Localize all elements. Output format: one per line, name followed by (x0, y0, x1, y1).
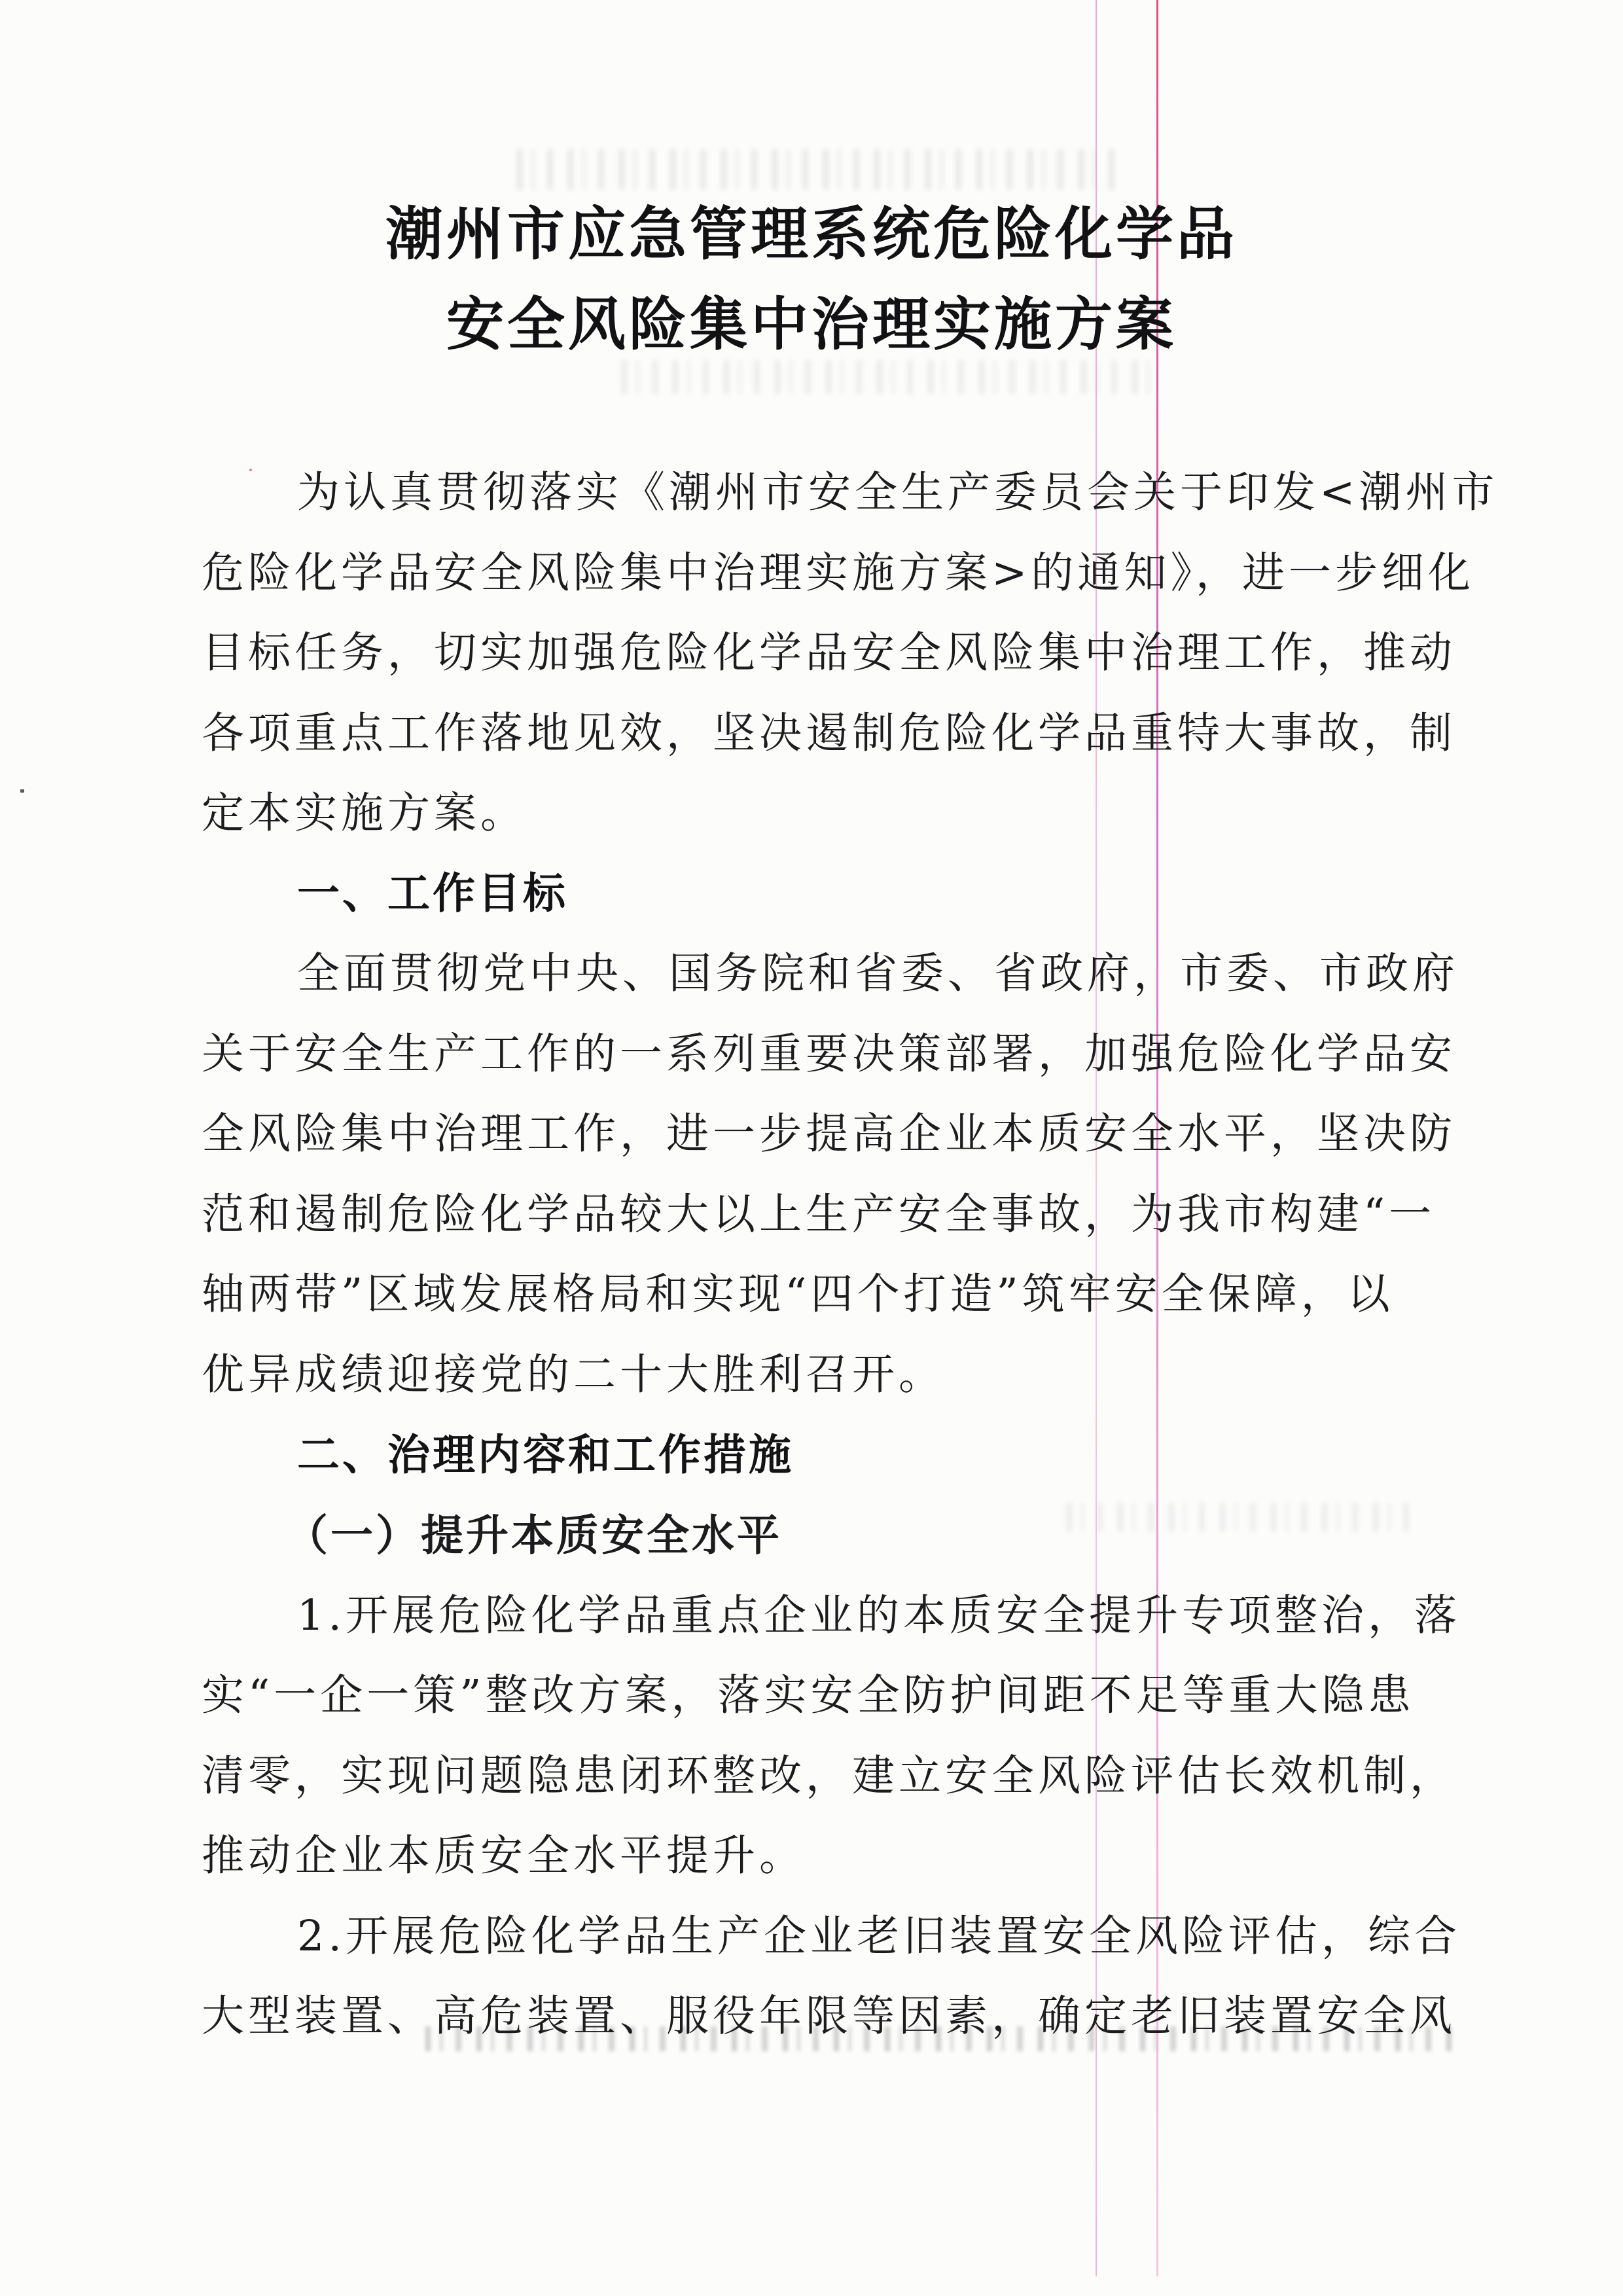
body-line-7: 关于安全生产工作的一系列重要决策部署，加强危险化学品安 (202, 1014, 1425, 1095)
document-title-line-2: 安全风险集中治理实施方案 (0, 295, 1623, 355)
body-line-12: 1.开展危险化学品重点企业的本质安全提升专项整治，落 (202, 1576, 1425, 1657)
ink-speck-left-margin (20, 789, 24, 793)
body-line-13: 实“一企一策”整改方案，落实安全防护间距不足等重大隐患 (202, 1656, 1425, 1736)
body-line-10: 轴两带”区域发展格局和实现“四个打造”筑牢安全保障，以 (202, 1255, 1425, 1335)
section-heading-1-work-goals: 一、工作目标 (202, 854, 1425, 935)
body-line-14: 清零，实现问题隐患闭环整改，建立安全风险评估长效机制， (202, 1736, 1425, 1817)
ghost-showthrough-band-top (517, 149, 1119, 190)
body-line-5: 定本实施方案。 (202, 774, 1425, 854)
document-body: 为认真贯彻落实《潮州市安全生产委员会关于印发<潮州市 危险化学品安全风险集中治理… (202, 453, 1425, 2057)
document-title-line-1: 潮州市应急管理系统危险化学品 (0, 204, 1623, 264)
body-line-17: 大型装置、高危装置、服役年限等因素，确定老旧装置安全风 (202, 1977, 1425, 2057)
subsection-heading-1-intrinsic-safety: （一）提升本质安全水平 (202, 1496, 1425, 1576)
ghost-showthrough-band-under-title (622, 360, 1158, 394)
body-line-3: 目标任务，切实加强危险化学品安全风险集中治理工作，推动 (202, 613, 1425, 694)
body-line-4: 各项重点工作落地见效，坚决遏制危险化学品重特大事故，制 (202, 694, 1425, 774)
scanned-document-page: 潮州市应急管理系统危险化学品 安全风险集中治理实施方案 为认真贯彻落实《潮州市安… (0, 0, 1623, 2296)
body-line-8: 全风险集中治理工作，进一步提高企业本质安全水平，坚决防 (202, 1094, 1425, 1175)
body-line-11: 优异成绩迎接党的二十大胜利召开。 (202, 1335, 1425, 1416)
body-line-9: 范和遏制危险化学品较大以上生产安全事故，为我市构建“一 (202, 1175, 1425, 1255)
section-heading-2-measures: 二、治理内容和工作措施 (202, 1416, 1425, 1496)
body-line-15: 推动企业本质安全水平提升。 (202, 1816, 1425, 1897)
body-line-16: 2.开展危险化学品生产企业老旧装置安全风险评估，综合 (202, 1897, 1425, 1977)
body-line-2: 危险化学品安全风险集中治理实施方案>的通知》，进一步细化 (202, 533, 1425, 614)
body-line-6: 全面贯彻党中央、国务院和省委、省政府，市委、市政府 (202, 934, 1425, 1014)
body-line-1: 为认真贯彻落实《潮州市安全生产委员会关于印发<潮州市 (202, 453, 1425, 533)
